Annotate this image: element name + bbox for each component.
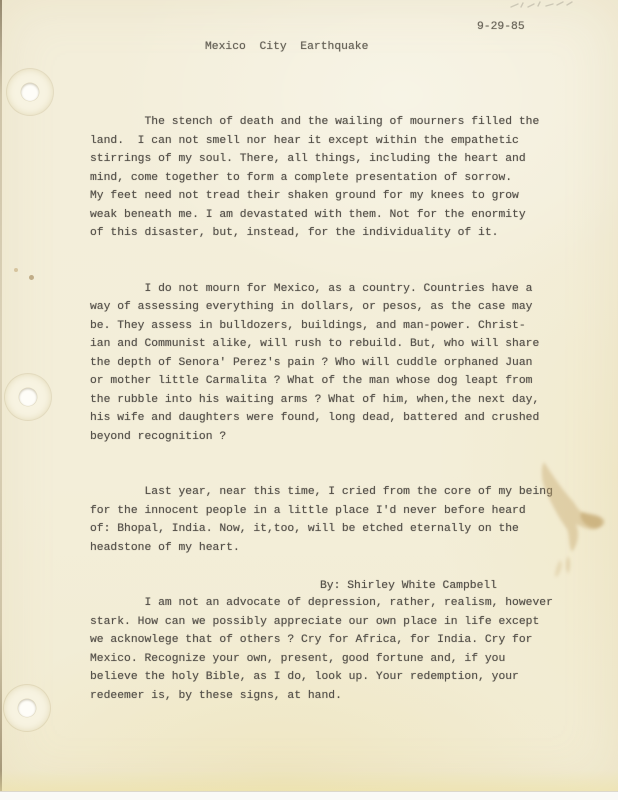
- paragraph-1: The stench of death and the wailing of m…: [90, 113, 553, 243]
- punch-hole-core: [21, 83, 39, 101]
- punch-hole-middle: [5, 374, 51, 420]
- date-stamp: 9-29-85: [477, 18, 525, 37]
- paragraph-3: Last year, near this time, I cried from …: [90, 483, 553, 557]
- punch-hole-bottom: [4, 685, 50, 731]
- punch-hole-core: [18, 699, 36, 717]
- punch-hole-core: [19, 388, 37, 406]
- scanner-background: [0, 791, 618, 800]
- paragraph-4: I am not an advocate of depression, rath…: [90, 594, 553, 705]
- punch-hole-top: [7, 69, 53, 115]
- scanned-page: 9-29-85 Mexico City Earthquake The stenc…: [0, 0, 618, 800]
- paper-bottom-edge: [0, 770, 618, 791]
- paper-left-edge: [0, 0, 2, 791]
- paragraph-2: I do not mourn for Mexico, as a country.…: [90, 280, 553, 447]
- byline: By: Shirley White Campbell: [320, 577, 497, 596]
- document-body: The stench of death and the wailing of m…: [90, 76, 553, 742]
- paper-speck: [29, 275, 34, 280]
- document-title: Mexico City Earthquake: [205, 38, 368, 57]
- paper-speck: [14, 268, 18, 272]
